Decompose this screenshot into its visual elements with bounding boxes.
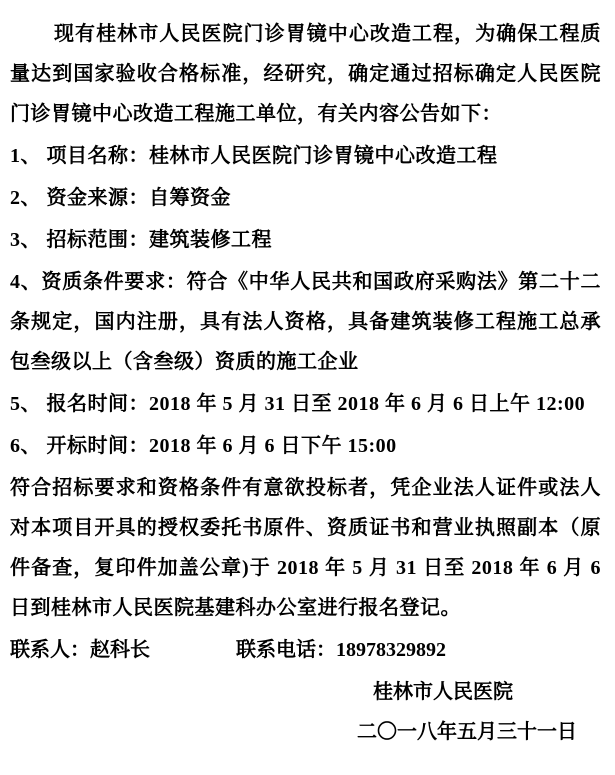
contact-line: 联系人：赵科长联系电话：18978329892 — [10, 630, 601, 670]
item-registration-time: 5、 报名时间：2018 年 5 月 31 日至 2018 年 6 月 6 日上… — [10, 384, 601, 424]
contact-phone-number: 18978329892 — [336, 639, 446, 661]
item-bidding-scope: 3、 招标范围：建筑装修工程 — [10, 220, 601, 260]
contact-phone-label: 联系电话： — [236, 639, 336, 661]
signature-date: 二〇一八年五月三十一日 — [10, 712, 601, 752]
contact-person-label: 联系人： — [10, 639, 90, 661]
item-funding-source: 2、 资金来源：自筹资金 — [10, 178, 601, 218]
item-project-name: 1、 项目名称：桂林市人民医院门诊胃镜中心改造工程 — [10, 136, 601, 176]
announcement-document: 现有桂林市人民医院门诊胃镜中心改造工程，为确保工程质量达到国家验收合格标准，经研… — [0, 0, 615, 775]
signature-organization: 桂林市人民医院 — [10, 672, 601, 712]
registration-notice-paragraph: 符合招标要求和资格条件有意欲投标者，凭企业法人证件或法人对本项目开具的授权委托书… — [10, 468, 601, 628]
intro-paragraph: 现有桂林市人民医院门诊胃镜中心改造工程，为确保工程质量达到国家验收合格标准，经研… — [10, 14, 601, 134]
contact-person-name: 赵科长 — [90, 639, 150, 661]
item-bid-opening-time: 6、 开标时间：2018 年 6 月 6 日下午 15:00 — [10, 426, 601, 466]
item-qualification-requirements: 4、资质条件要求：符合《中华人民共和国政府采购法》第二十二条规定，国内注册，具有… — [10, 262, 601, 382]
